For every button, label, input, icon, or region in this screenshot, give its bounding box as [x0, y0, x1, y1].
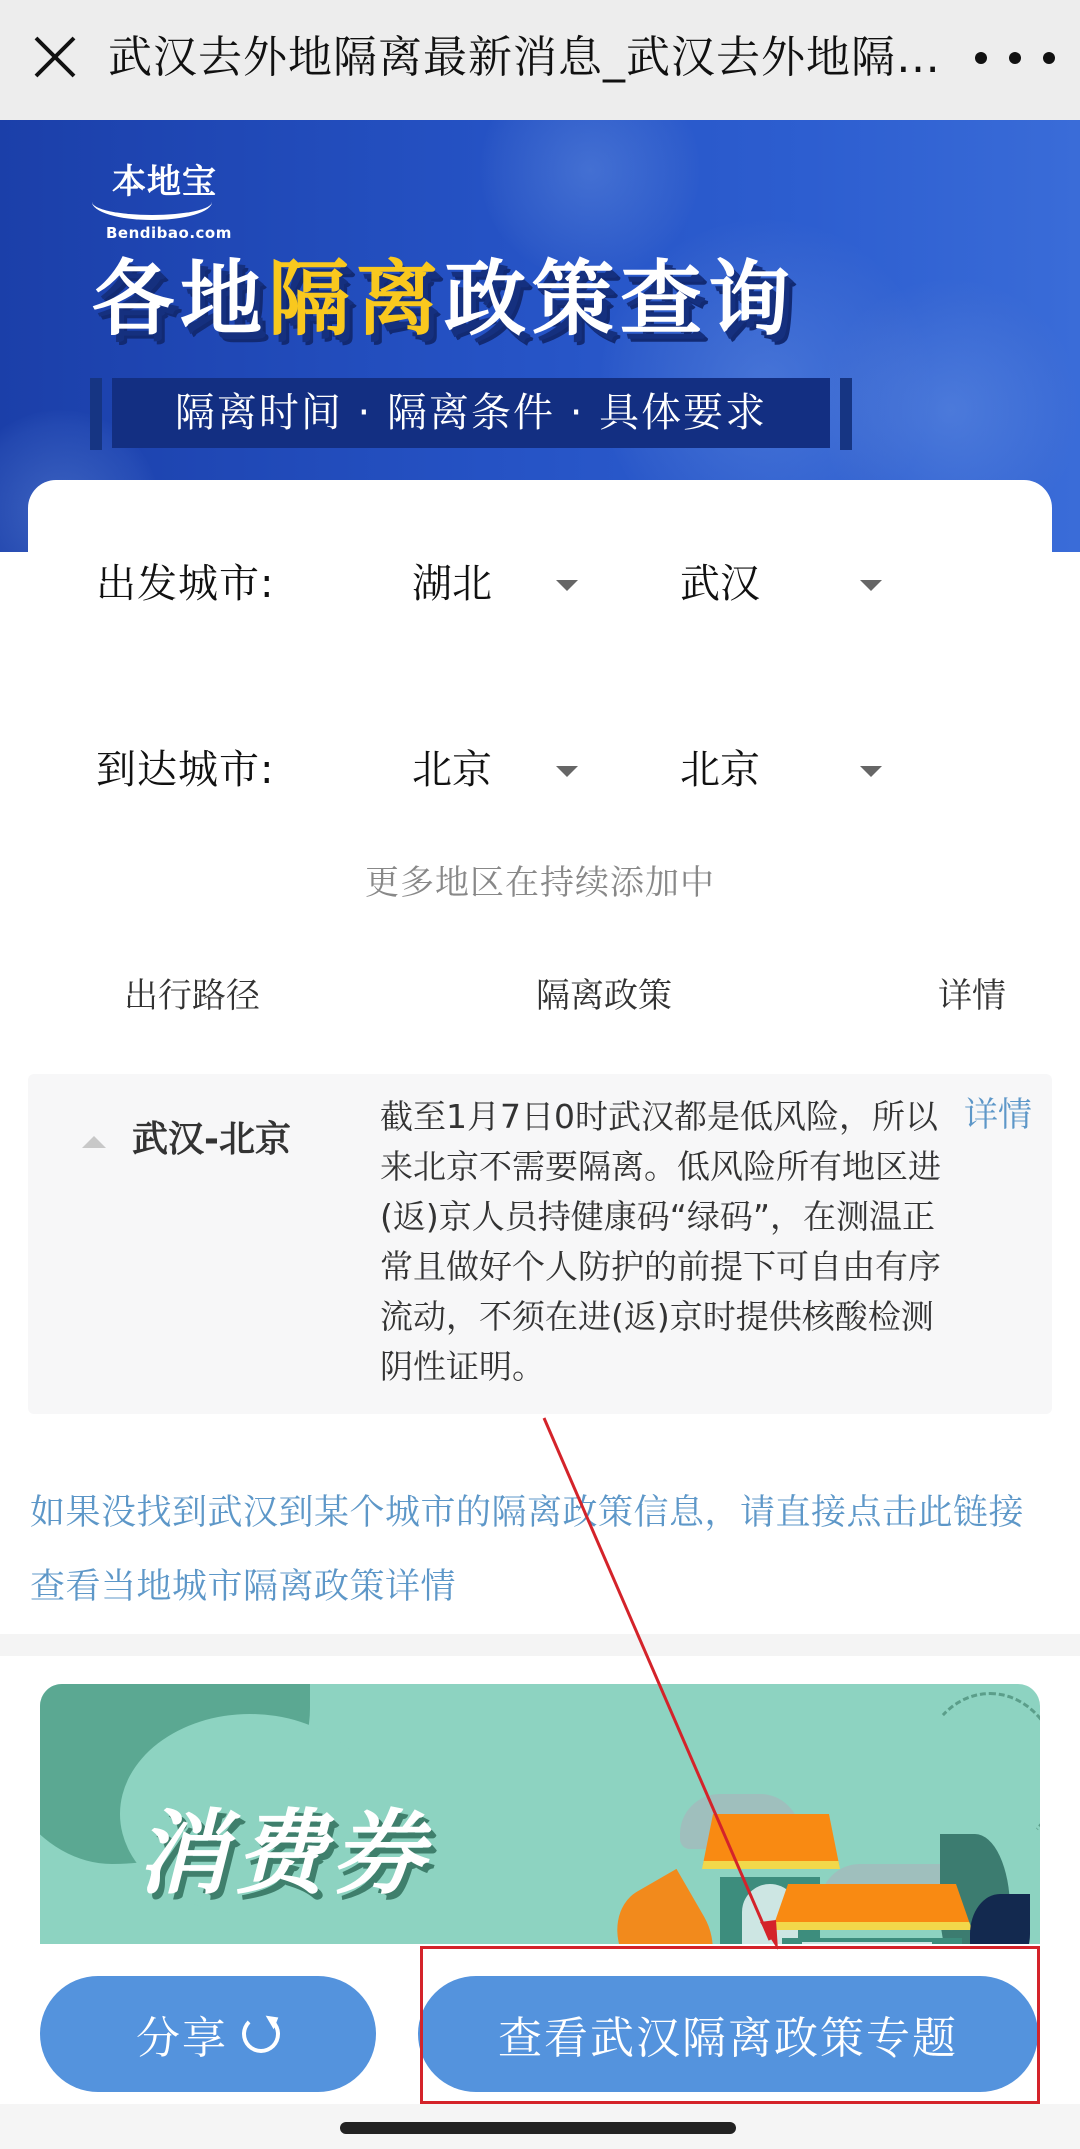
share-button[interactable]: 分享: [40, 1976, 376, 2092]
arrival-province-select[interactable]: 北京: [412, 730, 632, 810]
dropdown-arrow-icon: [556, 580, 578, 591]
more-regions-note: 更多地区在持续添加中: [0, 858, 1080, 908]
shop-illustration: [772, 1884, 972, 1944]
logo-swoosh: [92, 200, 212, 220]
dropdown-arrow-icon: [860, 580, 882, 591]
banner-headline: 各地隔离政策查询: [92, 250, 796, 350]
detail-link[interactable]: 详情: [964, 1090, 1032, 1140]
select-value: 北京: [680, 730, 760, 810]
departure-row: 出发城市: 湖北 武汉: [0, 544, 1080, 624]
local-policy-link[interactable]: 如果没找到武汉到某个城市的隔离政策信息，请直接点击此链接查看当地城市隔离政策详情: [30, 1476, 1050, 1624]
header-route: 出行路径: [124, 966, 260, 1026]
nav-bar: 武汉去外地隔离最新消息_武汉去外地隔…: [0, 0, 1080, 120]
banner-subtitle-bar: 隔离时间 · 隔离条件 · 具体要求: [90, 378, 852, 450]
logo-text: 本地宝: [112, 160, 217, 204]
banner-subtitle: 隔离时间 · 隔离条件 · 具体要求: [112, 378, 830, 448]
coupon-ad-banner[interactable]: 消费券: [40, 1684, 1040, 1944]
headline-highlight: 隔离: [268, 252, 444, 347]
logo-domain: Bendibao.com: [106, 224, 232, 242]
page-title: 武汉去外地隔离最新消息_武汉去外地隔…: [108, 30, 968, 86]
subbar-edge: [90, 378, 102, 450]
refresh-icon: [242, 2015, 280, 2053]
dashed-path-decor: [920, 1692, 1040, 1852]
select-value: 武汉: [680, 544, 760, 624]
arrival-city-select[interactable]: 北京: [680, 730, 900, 810]
select-value: 湖北: [412, 544, 492, 624]
header-detail: 详情: [938, 966, 1006, 1026]
headline-part2: 政策查询: [444, 252, 796, 347]
select-value: 北京: [412, 730, 492, 810]
arrival-row: 到达城市: 北京 北京: [0, 730, 1080, 810]
policy-text: 截至1月7日0时武汉都是低风险，所以来北京不需要隔离。低风险所有地区进(返)京人…: [380, 1092, 960, 1392]
dropdown-arrow-icon: [860, 766, 882, 777]
departure-province-select[interactable]: 湖北: [412, 544, 632, 624]
bendibao-logo: 本地宝 Bendibao.com: [92, 160, 232, 250]
departure-label: 出发城市:: [96, 544, 274, 624]
collapse-caret-icon[interactable]: [82, 1136, 106, 1148]
home-indicator[interactable]: [340, 2122, 736, 2134]
table-row: 武汉-北京 截至1月7日0时武汉都是低风险，所以来北京不需要隔离。低风险所有地区…: [28, 1074, 1052, 1414]
close-icon[interactable]: [30, 30, 80, 84]
table-header: 出行路径 隔离政策 详情: [0, 966, 1080, 1026]
more-dots-icon[interactable]: [975, 38, 1055, 78]
headline-part1: 各地: [92, 252, 268, 347]
share-label: 分享: [136, 2002, 228, 2066]
ad-title: 消费券: [136, 1794, 430, 1914]
arrival-label: 到达城市:: [96, 730, 274, 810]
view-topic-button[interactable]: 查看武汉隔离政策专题: [418, 1976, 1038, 2092]
subbar-edge: [840, 378, 852, 450]
route-name: 武汉-北京: [132, 1110, 291, 1170]
departure-city-select[interactable]: 武汉: [680, 544, 900, 624]
topic-label: 查看武汉隔离政策专题: [498, 2002, 958, 2066]
dropdown-arrow-icon: [556, 766, 578, 777]
section-divider: [0, 1634, 1080, 1656]
header-policy: 隔离政策: [536, 966, 672, 1026]
